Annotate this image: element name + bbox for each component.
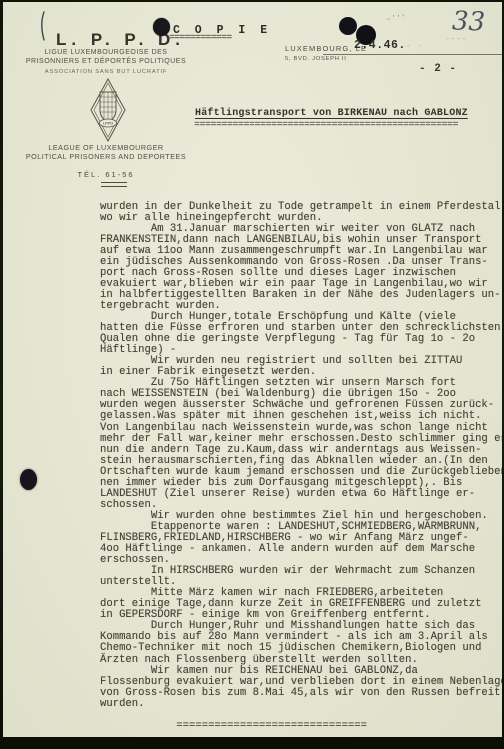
org-name-english-line2: POLITICAL PRISONERS AND DEPORTEES xyxy=(17,152,195,161)
crest-banner-label: LPPD xyxy=(103,121,114,126)
org-name-french-line2: PRISONNIERS ET DÉPORTÉS POLITIQUES xyxy=(17,58,195,65)
phone-underline xyxy=(101,182,127,187)
document-title-underline: ========================================… xyxy=(194,120,462,131)
pen-stroke-mark xyxy=(38,11,50,41)
scanned-letter-page: L. P. P. D. LIGUE LUXEMBOURGEOISE DES PR… xyxy=(0,0,504,749)
org-subtitle: ASSOCIATION SANS BUT LUCRATIF xyxy=(17,69,195,75)
copy-stamp-underline: ============ xyxy=(169,33,231,44)
phone-number: TÉL. 61-56 xyxy=(17,170,195,179)
document-title: Häftlingstransport von BIRKENAU nach GAB… xyxy=(195,108,468,119)
date-rule-line xyxy=(323,54,502,55)
org-name-english-line1: LEAGUE OF LUXEMBOURGER xyxy=(17,143,195,152)
ink-blob-copie-icon xyxy=(153,18,170,36)
ink-blob-icon xyxy=(339,17,357,35)
org-name-french-line1: LIGUE LUXEMBOURGEOISE DES xyxy=(17,49,195,56)
typed-date: 2.4.46. xyxy=(354,39,406,52)
lppd-crest-icon: LPPD xyxy=(89,78,127,142)
handwritten-page-number: 33 xyxy=(451,6,485,37)
typewritten-body-text: wurden in der Dunkelheit zu Tode getramp… xyxy=(100,202,502,732)
org-address: 5, BVD. JOSEPH II xyxy=(285,56,347,62)
pencil-mark: -''' xyxy=(387,12,408,23)
paper-sheet: L. P. P. D. LIGUE LUXEMBOURGEOISE DES PR… xyxy=(3,2,502,737)
pencil-mark: ---- xyxy=(446,34,469,43)
typed-page-number: - 2 - xyxy=(419,63,457,75)
hole-punch-dot-icon xyxy=(20,469,37,490)
